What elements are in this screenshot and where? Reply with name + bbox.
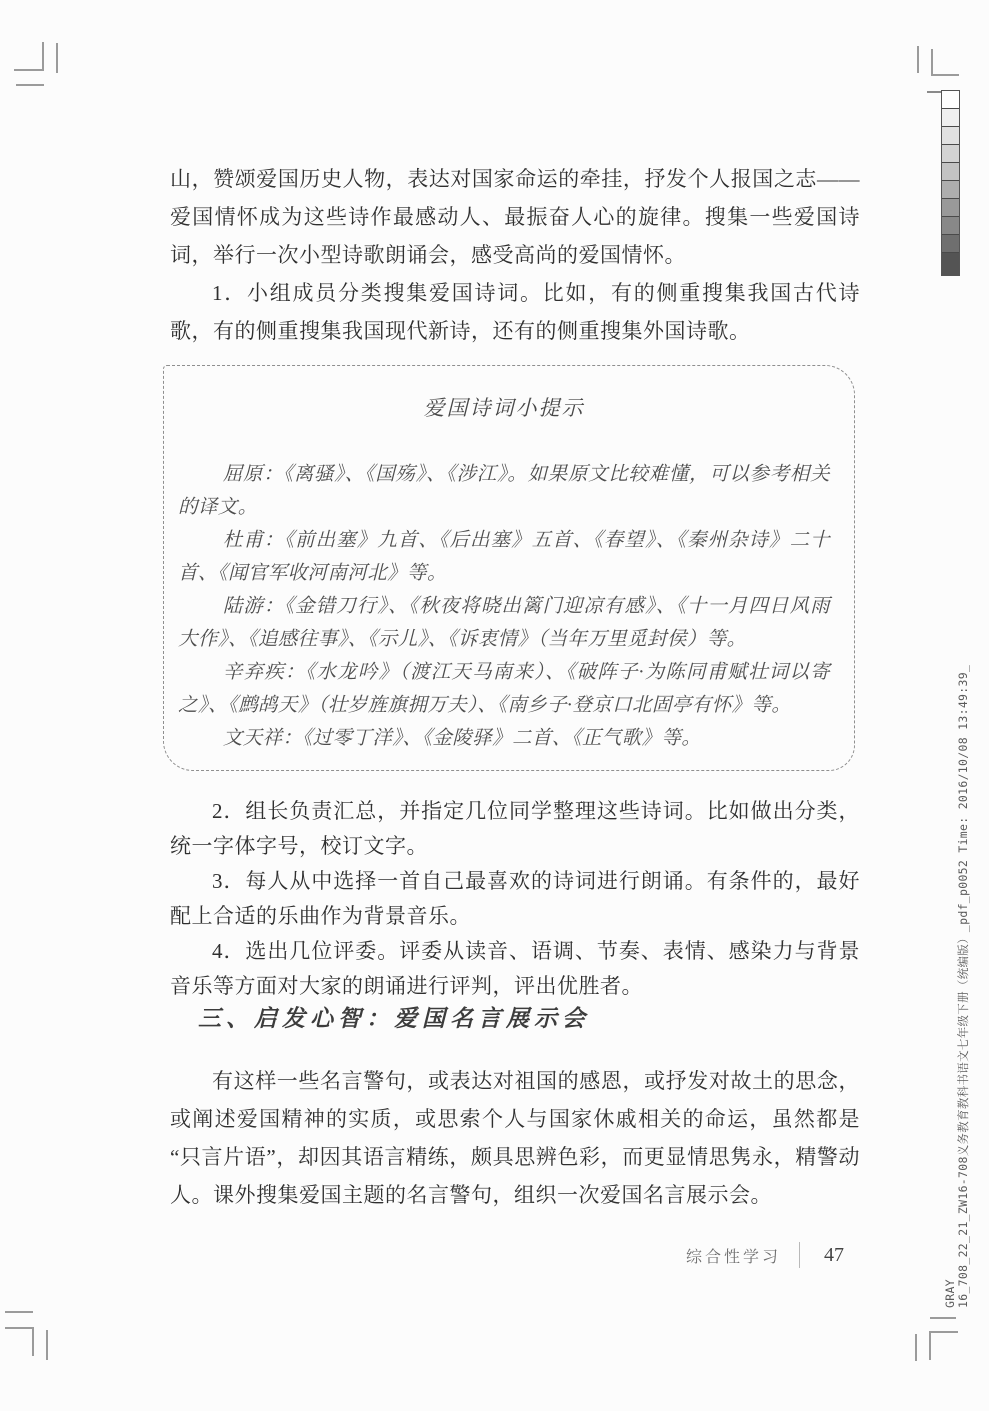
- grayscale-bar-tick: [927, 91, 941, 93]
- scan-metadata: GRAY 16_708_22_21_ZW16-708义务教育教科书语文七年级下册…: [944, 665, 970, 1308]
- crop-mark-top-right: [931, 49, 933, 76]
- crop-mark-bottom-left: [46, 1330, 48, 1360]
- grayscale-step: [942, 145, 959, 163]
- intro-paragraph: 山，赞颂爱国历史人物，表达对国家命运的牵挂，抒发个人报国之志——爱国情怀成为这些…: [170, 160, 860, 274]
- section-paragraph: 有这样一些名言警句，或表达对祖国的感恩，或抒发对故土的思念，或阐述爱国精神的实质…: [170, 1062, 860, 1214]
- grayscale-step: [942, 181, 959, 199]
- tip-entry-dufu: 杜甫：《前出塞》九首、《后出塞》五首、《春望》、《秦州杂诗》二十首、《闻官军收河…: [178, 524, 830, 590]
- tip-entry-xinqiji: 辛弃疾：《水龙吟》（渡江天马南来）、《破阵子·为陈同甫赋壮词以寄之》、《鹧鸪天》…: [178, 656, 830, 722]
- activity-items: 2．组长负责汇总，并指定几位同学整理这些诗词。比如做出分类，统一字体字号，校订文…: [170, 794, 860, 1004]
- footer-page-number: 47: [824, 1244, 858, 1267]
- page-footer: 综合性学习 47: [170, 1240, 858, 1270]
- activity-item-1: 1．小组成员分类搜集爱国诗词。比如，有的侧重搜集我国古代诗歌，有的侧重搜集我国现…: [170, 274, 860, 350]
- grayscale-step: [942, 217, 959, 235]
- crop-mark-top-right: [931, 74, 959, 76]
- crop-mark-bottom-right: [929, 1331, 931, 1360]
- tip-box-title: 爱国诗词小提示: [178, 392, 830, 425]
- crop-mark-bottom-left: [5, 1311, 33, 1313]
- scan-metadata-text: 16_708_22_21_ZW16-708义务教育教科书语文七年级下册（统编版）…: [957, 665, 970, 1308]
- crop-mark-bottom-left: [32, 1327, 34, 1356]
- crop-mark-top-left: [42, 42, 44, 71]
- tip-entry-quyuan: 屈原：《离骚》、《国殇》、《涉江》。如果原文比较难懂，可以参考相关的译文。: [178, 458, 830, 524]
- activity-item-2: 2．组长负责汇总，并指定几位同学整理这些诗词。比如做出分类，统一字体字号，校订文…: [170, 794, 860, 864]
- grayscale-step: [942, 253, 959, 275]
- grayscale-step: [942, 199, 959, 217]
- footer-section-label: 综合性学习: [686, 1244, 781, 1267]
- grayscale-step: [942, 109, 959, 127]
- section-heading: 三、启发心智：爱国名言展示会: [198, 1002, 590, 1036]
- grayscale-step: [942, 235, 959, 253]
- crop-mark-bottom-right: [930, 1317, 956, 1319]
- tip-box: 爱国诗词小提示 屈原：《离骚》、《国殇》、《涉江》。如果原文比较难懂，可以参考相…: [163, 365, 855, 771]
- crop-mark-top-left: [14, 69, 44, 71]
- crop-mark-bottom-left: [5, 1327, 34, 1329]
- scanned-textbook-page: 山，赞颂爱国历史人物，表达对国家命运的牵挂，抒发个人报国之志——爱国情怀成为这些…: [0, 0, 989, 1411]
- grayscale-step: [942, 127, 959, 145]
- crop-mark-top-left: [16, 84, 44, 86]
- tip-entry-wentianxiang: 文天祥：《过零丁洋》、《金陵驿》二首、《正气歌》等。: [178, 722, 830, 755]
- grayscale-calibration-bar: [941, 90, 960, 276]
- grayscale-step: [942, 91, 959, 109]
- section-body-block: 有这样一些名言警句，或表达对祖国的感恩，或抒发对故土的思念，或阐述爱国精神的实质…: [170, 1062, 860, 1214]
- activity-item-3: 3．每人从中选择一首自己最喜欢的诗词进行朗诵。有条件的，最好配上合适的乐曲作为背…: [170, 864, 860, 934]
- crop-mark-top-left: [56, 43, 58, 73]
- crop-mark-bottom-right: [915, 1334, 917, 1361]
- activity-item-4: 4．选出几位评委。评委从读音、语调、节奏、表情、感染力与背景音乐等方面对大家的朗…: [170, 934, 860, 1004]
- crop-mark-bottom-right: [929, 1331, 958, 1333]
- crop-mark-top-right: [917, 46, 919, 73]
- intro-section: 山，赞颂爱国历史人物，表达对国家命运的牵挂，抒发个人报国之志——爱国情怀成为这些…: [170, 160, 860, 350]
- footer-divider: [799, 1242, 800, 1268]
- grayscale-step: [942, 163, 959, 181]
- tip-entry-luyou: 陆游：《金错刀行》、《秋夜将晓出篱门迎凉有感》、《十一月四日风雨大作》、《追感往…: [178, 590, 830, 656]
